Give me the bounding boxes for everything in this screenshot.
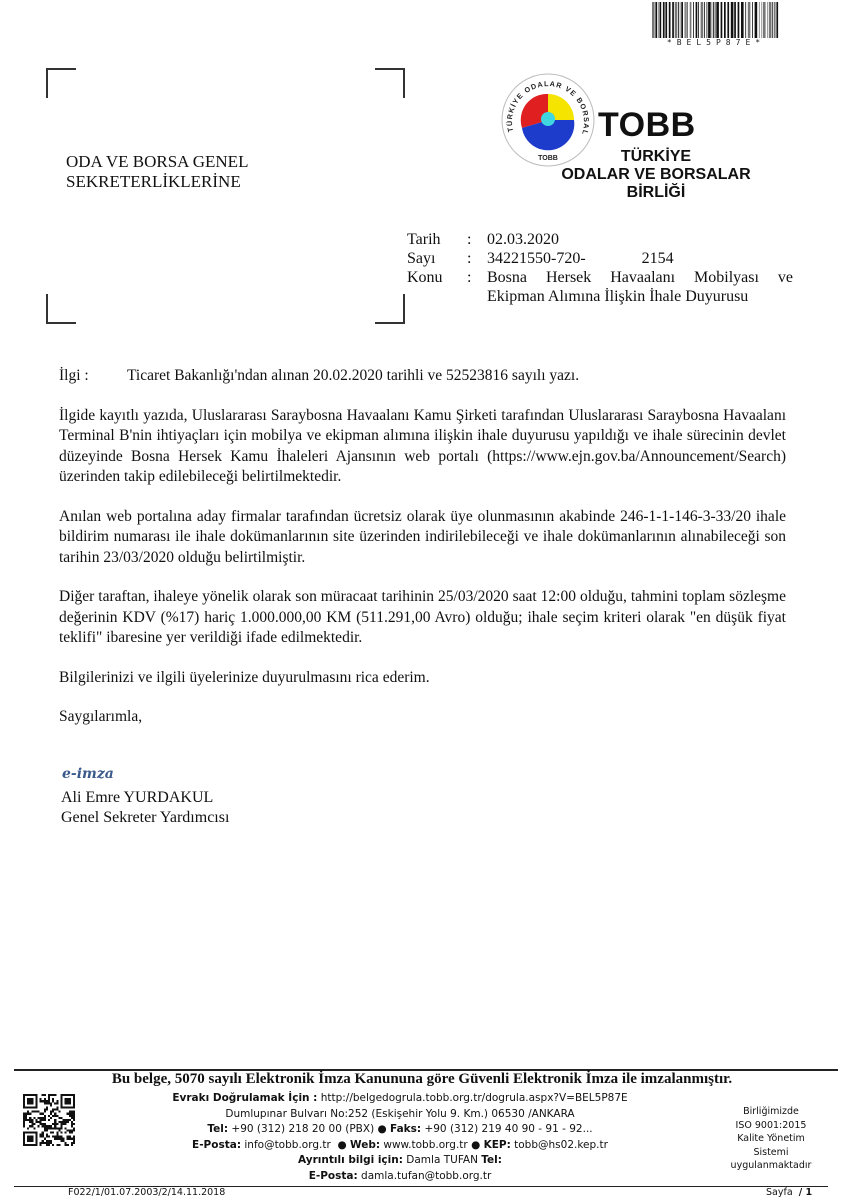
email-label: E-Posta: — [192, 1139, 241, 1151]
paragraph-2: Anılan web portalına aday firmalar taraf… — [59, 507, 786, 569]
logo-sub-line-2: ODALAR VE BORSALAR — [548, 166, 764, 184]
number-label: Sayı — [407, 249, 459, 268]
iso-line-2: ISO 9001:2015 — [712, 1119, 830, 1133]
number-value: 34221550-720- — [487, 250, 586, 267]
reference-label: İlgi : — [59, 366, 127, 387]
reference-text: Ticaret Bakanlığı'ndan alınan 20.02.2020… — [127, 366, 579, 387]
paragraph-4: Bilgilerinizi ve ilgili üyelerinize duyu… — [59, 668, 786, 689]
tel-label: Tel: — [207, 1123, 228, 1135]
colon: : — [459, 268, 487, 306]
barcode — [652, 2, 780, 38]
fax-label: Faks: — [390, 1123, 421, 1135]
date-value: 02.03.2020 — [487, 230, 793, 249]
paragraph-3: Diğer taraftan, ihaleye yönelik olarak s… — [59, 587, 786, 649]
iso-line-1: Birliğimizde — [712, 1105, 830, 1119]
paragraph-1: İlgide kayıtlı yazıda, Uluslararası Sara… — [59, 406, 786, 488]
contact-tel-label: Tel: — [481, 1154, 502, 1166]
contact-line: Ayrıntılı bilgi için: Damla TUFAN Tel: — [150, 1153, 650, 1169]
meta-number-row: Sayı : 34221550-720-2154 — [407, 249, 793, 268]
address-line: Dumlupınar Bulvarı No:252 (Eskişehir Yol… — [150, 1107, 650, 1123]
corner-mark-bottom-right — [375, 294, 405, 324]
contact-name: Damla TUFAN — [406, 1154, 478, 1166]
logo-title: TOBB — [598, 106, 696, 145]
iso-line-5: uygulanmaktadır — [712, 1159, 830, 1173]
subject-value: Bosna Hersek Havaalanı Mobilyası ve Ekip… — [487, 268, 793, 306]
document-meta: Tarih : 02.03.2020 Sayı : 34221550-720-2… — [407, 230, 793, 306]
number-suffix: 2154 — [642, 249, 674, 268]
meta-date-row: Tarih : 02.03.2020 — [407, 230, 793, 249]
iso-line-3: Kalite Yönetim — [712, 1132, 830, 1146]
recipient-line-2: SEKRETERLİKLERİNE — [66, 172, 248, 192]
logo-sub-line-3: BİRLİĞİ — [548, 184, 764, 202]
contact-email-line: E-Posta: damla.tufan@tobb.org.tr — [150, 1169, 650, 1185]
recipient-line-1: ODA VE BORSA GENEL — [66, 152, 248, 172]
meta-subject-row: Konu : Bosna Hersek Havaalanı Mobilyası … — [407, 268, 793, 306]
e-signature-statement: Bu belge, 5070 sayılı Elektronik İmza Ka… — [0, 1071, 844, 1088]
web-label: Web: — [350, 1139, 380, 1151]
bullet-icon: ● — [471, 1139, 480, 1151]
iso-line-4: Sistemi — [712, 1146, 830, 1160]
closing: Saygılarımla, — [59, 707, 786, 728]
signer-block: Ali Emre YURDAKUL Genel Sekreter Yardımc… — [61, 788, 229, 828]
logo-subtitle: TÜRKİYE ODALAR VE BORSALAR BİRLİĞİ — [548, 148, 764, 202]
colon: : — [459, 230, 487, 249]
iso-certification: Birliğimizde ISO 9001:2015 Kalite Yöneti… — [712, 1105, 830, 1173]
phone-line: Tel: +90 (312) 218 20 00 (PBX) ● Faks: +… — [150, 1122, 650, 1138]
barcode-text: *BEL5P87E* — [648, 38, 784, 47]
bullet-icon: ● — [337, 1139, 346, 1151]
reference-row: İlgi : Ticaret Bakanlığı'ndan alınan 20.… — [59, 366, 786, 387]
verify-line: Evrakı Doğrulamak İçin : http://belgedog… — [150, 1091, 650, 1107]
tel-value: +90 (312) 218 20 00 (PBX) — [231, 1123, 374, 1135]
fax-value: +90 (312) 219 40 90 - 91 - 92... — [424, 1123, 592, 1135]
signer-name: Ali Emre YURDAKUL — [61, 788, 229, 808]
footer-contact: Evrakı Doğrulamak İçin : http://belgedog… — [150, 1091, 650, 1184]
logo-sub-line-1: TÜRKİYE — [548, 148, 764, 166]
verify-link[interactable]: http://belgedogrula.tobb.org.tr/dogrula.… — [321, 1092, 628, 1104]
page-label: Sayfa — [766, 1187, 793, 1198]
number-value-wrap: 34221550-720-2154 — [487, 249, 793, 268]
corner-mark-top-left — [46, 68, 76, 98]
form-code: F022/1/01.07.2003/2/14.11.2018 — [68, 1187, 225, 1198]
contact-label: Ayrıntılı bilgi için: — [298, 1154, 403, 1166]
recipient-block: ODA VE BORSA GENEL SEKRETERLİKLERİNE — [66, 152, 248, 192]
page-value: / 1 — [799, 1187, 812, 1198]
qr-code-icon[interactable] — [23, 1094, 75, 1146]
letter-body: İlgi : Ticaret Bakanlığı'ndan alınan 20.… — [59, 366, 786, 748]
bullet-icon: ● — [378, 1123, 387, 1135]
colon: : — [459, 249, 487, 268]
kep-link[interactable]: tobb@hs02.kep.tr — [514, 1139, 608, 1151]
e-signature-mark: e-imza — [62, 766, 114, 782]
contact-email-label: E-Posta: — [309, 1170, 358, 1182]
web-link[interactable]: www.tobb.org.tr — [383, 1139, 467, 1151]
corner-mark-top-right — [375, 68, 405, 98]
email-web-line: E-Posta: info@tobb.org.tr ● Web: www.tob… — [150, 1138, 650, 1154]
date-label: Tarih — [407, 230, 459, 249]
verify-label: Evrakı Doğrulamak İçin : — [172, 1092, 317, 1104]
corner-mark-bottom-left — [46, 294, 76, 324]
kep-label: KEP: — [484, 1139, 511, 1151]
email-link[interactable]: info@tobb.org.tr — [244, 1139, 330, 1151]
page-number: Sayfa / 1 — [766, 1187, 812, 1198]
signer-title: Genel Sekreter Yardımcısı — [61, 808, 229, 828]
contact-email-link[interactable]: damla.tufan@tobb.org.tr — [361, 1170, 491, 1182]
subject-label: Konu — [407, 268, 459, 306]
